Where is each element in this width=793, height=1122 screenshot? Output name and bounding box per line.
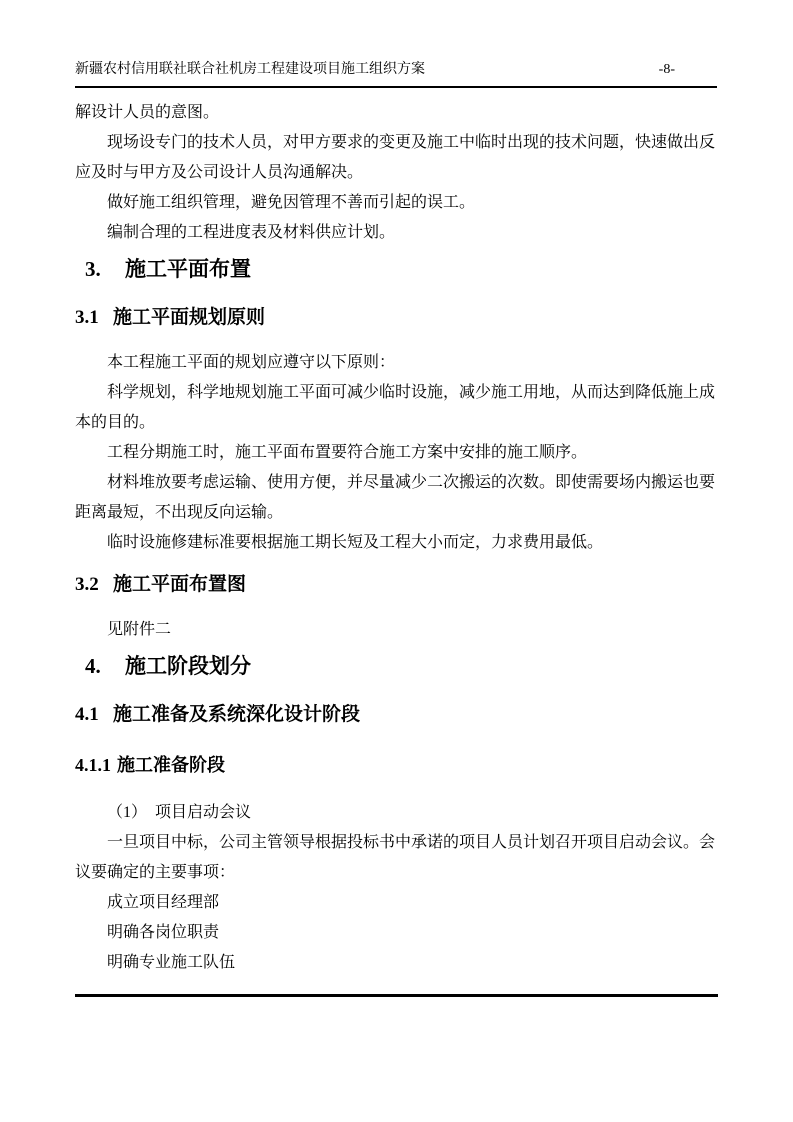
heading-title: 施工准备阶段 — [117, 755, 225, 775]
paragraph-line: （1） 项目启动会议 — [75, 798, 717, 828]
page-header: 新疆农村信用联社联合社机房工程建设项目施工组织方案 -8- — [75, 57, 717, 88]
document-content: 解设计人员的意图。现场设专门的技术人员，对甲方要求的变更及施工中临时出现的技术问… — [75, 98, 717, 978]
paragraph-line: 距离最短，不出现反向运输。 — [75, 498, 717, 528]
paragraph-line: 科学规划，科学地规划施工平面可减少临时设施，减少施工用地，从而达到降低施上成 — [75, 378, 717, 408]
paragraph-line: 成立项目经理部 — [75, 888, 717, 918]
section-heading-4.1: 4.1施工准备及系统深化设计阶段 — [75, 698, 717, 732]
section-heading-4.1.1: 4.1.1施工准备阶段 — [75, 748, 717, 782]
heading-title: 施工阶段划分 — [125, 654, 251, 678]
paragraph-line: 工程分期施工时，施工平面布置要符合施工方案中安排的施工顺序。 — [75, 438, 717, 468]
document-page: 新疆农村信用联社联合社机房工程建设项目施工组织方案 -8- 解设计人员的意图。现… — [0, 0, 793, 1122]
heading-number: 4.1.1 — [75, 748, 117, 782]
paragraph-line: 一旦项目中标，公司主管领导根据投标书中承诺的项目人员计划召开项目启动会议。会 — [75, 828, 717, 858]
heading-number: 3.1 — [75, 301, 113, 335]
heading-title: 施工平面规划原则 — [113, 307, 265, 328]
section-heading-3.1: 3.1施工平面规划原则 — [75, 301, 717, 335]
heading-number: 3. — [75, 252, 125, 286]
heading-number: 3.2 — [75, 568, 113, 602]
section-heading-3.: 3.施工平面布置 — [75, 252, 717, 286]
paragraph-line: 本工程施工平面的规划应遵守以下原则： — [75, 348, 717, 378]
paragraph-line: 解设计人员的意图。 — [75, 98, 717, 128]
paragraph-line: 本的目的。 — [75, 408, 717, 438]
paragraph-line: 现场设专门的技术人员，对甲方要求的变更及施工中临时出现的技术问题，快速做出反 — [75, 128, 717, 158]
header-page-number: -8- — [659, 57, 675, 83]
header-title: 新疆农村信用联社联合社机房工程建设项目施工组织方案 — [75, 57, 425, 83]
paragraph-line: 议要确定的主要事项： — [75, 858, 717, 888]
section-heading-4.: 4.施工阶段划分 — [75, 649, 717, 683]
heading-number: 4. — [75, 649, 125, 683]
section-heading-3.2: 3.2施工平面布置图 — [75, 568, 717, 602]
paragraph-line: 明确专业施工队伍 — [75, 948, 717, 978]
paragraph-line: 应及时与甲方及公司设计人员沟通解决。 — [75, 158, 717, 188]
paragraph-line: 明确各岗位职责 — [75, 918, 717, 948]
paragraph-line: 见附件二 — [75, 615, 717, 645]
heading-title: 施工准备及系统深化设计阶段 — [113, 704, 360, 725]
heading-title: 施工平面布置 — [125, 257, 251, 281]
paragraph-line: 编制合理的工程进度表及材料供应计划。 — [75, 218, 717, 248]
paragraph-line: 临时设施修建标准要根据施工期长短及工程大小而定，力求费用最低。 — [75, 528, 717, 558]
footer-divider — [75, 994, 718, 997]
paragraph-line: 做好施工组织管理，避免因管理不善而引起的误工。 — [75, 188, 717, 218]
heading-title: 施工平面布置图 — [113, 574, 246, 595]
paragraph-line: 材料堆放要考虑运输、使用方便，并尽量减少二次搬运的次数。即使需要场内搬运也要 — [75, 468, 717, 498]
heading-number: 4.1 — [75, 698, 113, 732]
